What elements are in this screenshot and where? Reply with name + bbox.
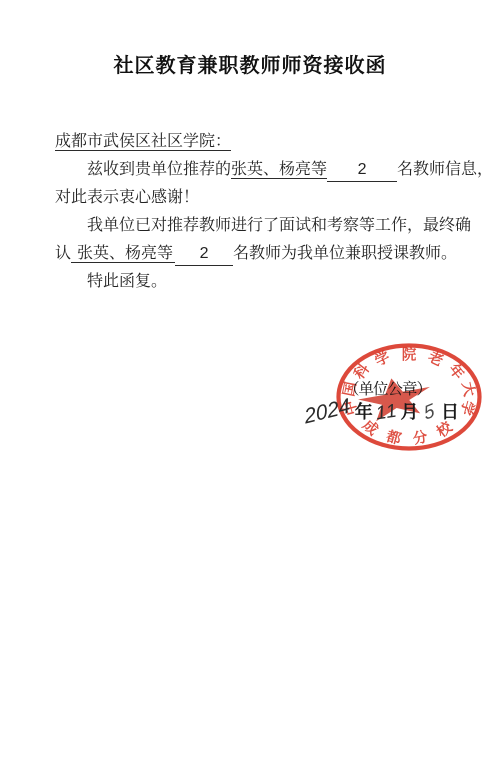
letter-body: 成都市武侯区社区学院： 兹收到贵单位推荐的张英、杨亮等2名教师信息， 对此表示衷… [55, 128, 470, 296]
salutation-line: 成都市武侯区社区学院： [55, 128, 470, 156]
date-year-label: 年 [355, 398, 373, 424]
closing-line: 特此函复。 [55, 268, 470, 296]
stamp-arc-char: 院 [402, 344, 417, 365]
line5-tail: 名教师为我单位兼职授课教师。 [233, 245, 457, 262]
date-day-label: 日 [441, 398, 459, 424]
date-day: 5 [423, 400, 437, 426]
line5-lead: 认 [55, 245, 71, 262]
line2-lead: 兹收到贵单位推荐的 [87, 161, 231, 178]
letter-title: 社区教育兼职教师师资接收函 [0, 52, 500, 80]
line2-tail: 名教师信息， [397, 161, 493, 178]
date-month-label: 月 [400, 398, 418, 424]
recipient-name: 成都市武侯区社区学院： [55, 133, 231, 151]
line2-count: 2 [358, 161, 367, 178]
stamp-overlay-label: （单位公章） [344, 377, 431, 399]
letter-page: 社区教育兼职教师师资接收函 成都市武侯区社区学院： 兹收到贵单位推荐的张英、杨亮… [0, 0, 500, 760]
line2-count-blank: 2 [327, 159, 397, 182]
line2-teacher-names: 张英、杨亮等 [231, 161, 327, 179]
stamp-arc-char: 大 [457, 379, 480, 397]
line5-count-blank: 2 [175, 243, 233, 266]
line5-teacher-names: 张英、杨亮等 [71, 245, 175, 263]
date-month: 11 [374, 401, 399, 426]
paragraph-line-4: 认张英、杨亮等2名教师为我单位兼职授课教师。 [55, 240, 470, 268]
paragraph-line-3: 我单位已对推荐教师进行了面试和考察等工作，最终确 [55, 212, 470, 240]
paragraph-line-2: 对此表示衷心感谢！ [55, 184, 470, 212]
stamp-date: 2024年11月5日 [304, 398, 460, 424]
paragraph-line-1: 兹收到贵单位推荐的张英、杨亮等2名教师信息， [55, 156, 470, 184]
line5-count: 2 [200, 245, 209, 262]
